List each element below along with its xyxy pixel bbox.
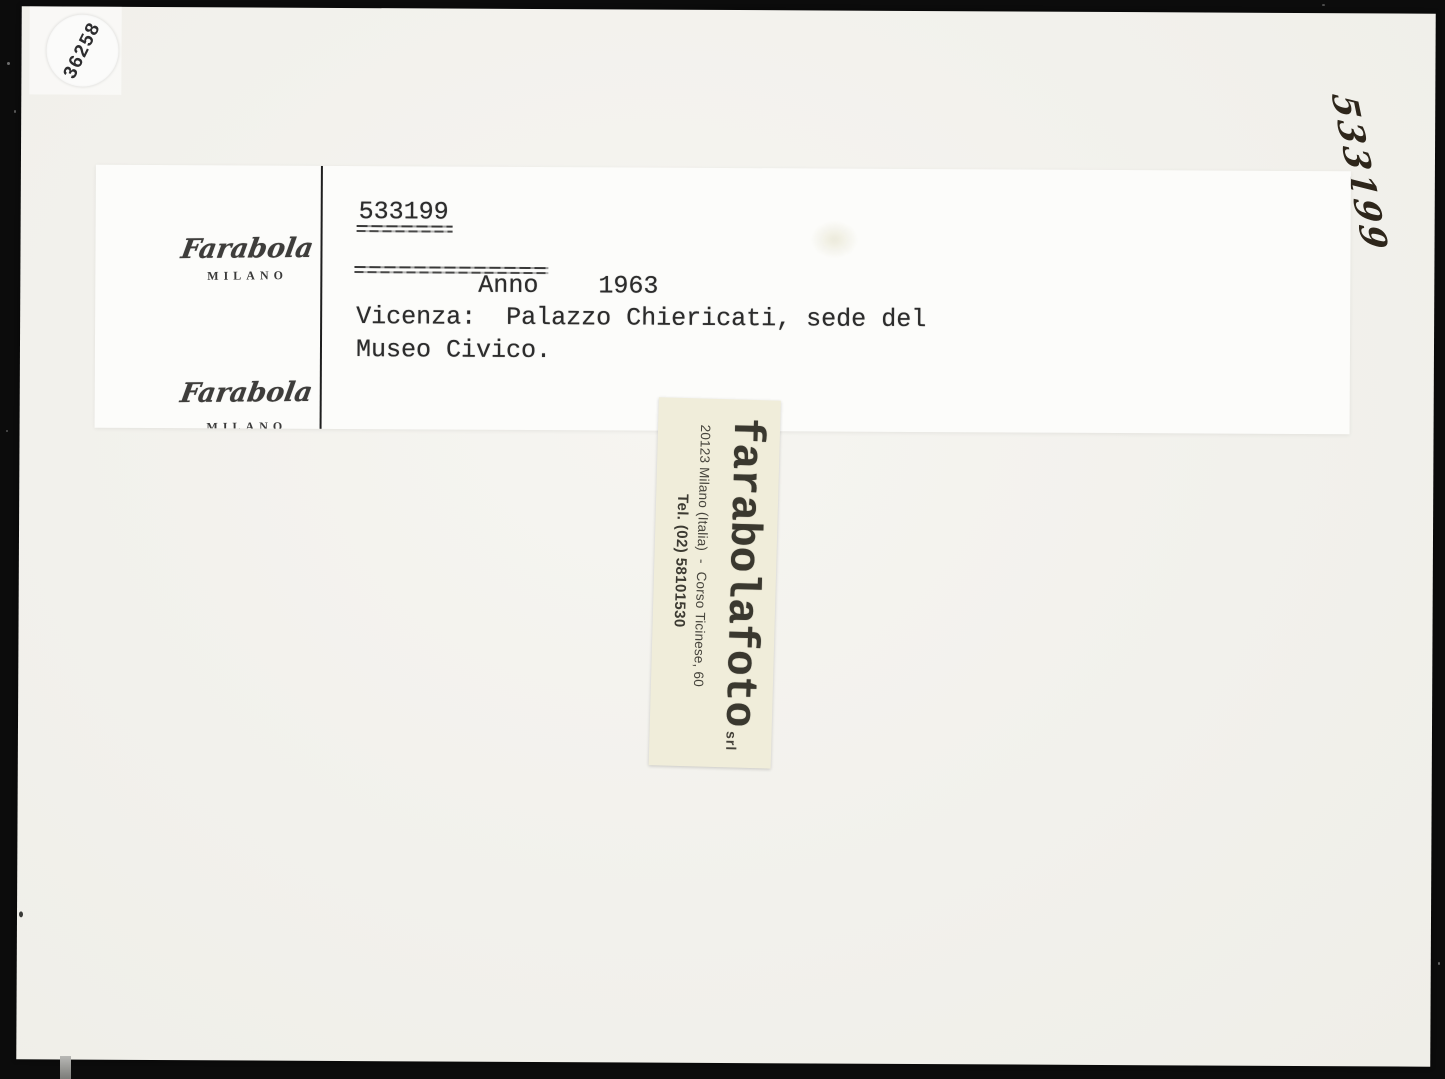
agency-stamp-top: Farabola MILANO <box>177 233 317 284</box>
photo-back-paper: 36258 533199 Farabola MILANO Farabola MI… <box>16 6 1435 1066</box>
scan-noise-speck <box>19 911 23 917</box>
agency-stamp-name: Farabola <box>178 377 315 410</box>
scan-edge-streak <box>60 1056 71 1079</box>
agency-stamp-name: Farabola <box>179 233 316 266</box>
scan-noise-speck <box>14 110 16 113</box>
agency-name: farabolafoto <box>714 417 772 728</box>
agency-stamp-city: MILANO <box>177 419 317 434</box>
agency-stamp-city: MILANO <box>178 268 318 284</box>
caption-line-1: Vicenza: Palazzo Chiericati, sede del <box>356 303 926 334</box>
scan-noise-speck <box>1322 4 1325 6</box>
caption-label: Farabola MILANO Farabola MILANO 533199 A… <box>95 165 1351 435</box>
reference-underline <box>357 225 453 233</box>
ink-ghost-smudge <box>810 220 858 258</box>
archive-number: 36258 <box>59 19 105 83</box>
year-value: 1963 <box>598 271 658 300</box>
caption-line-2: Museo Civico. <box>356 336 551 365</box>
typed-reference-number: 533199 <box>359 198 449 226</box>
scan-noise-speck <box>7 62 10 65</box>
year-label: Anno <box>478 271 538 300</box>
agency-phone: Tel. (02) 58101530 <box>666 494 692 766</box>
agency-title-row: farabolafotosrl <box>706 417 771 768</box>
year-underline <box>354 266 548 274</box>
label-divider-line <box>320 166 323 429</box>
farabolafoto-sticker: farabolafotosrl 20123 Milano (Italia) - … <box>649 397 781 768</box>
agency-legal-suffix: srl <box>723 731 740 752</box>
scan-noise-speck <box>6 430 8 432</box>
farabolafoto-sticker-content: farabolafotosrl 20123 Milano (Italia) - … <box>649 397 781 768</box>
archive-number-sticker: 36258 <box>46 14 118 86</box>
scan-noise-speck <box>1438 962 1440 965</box>
scanner-background: 36258 533199 Farabola MILANO Farabola MI… <box>0 0 1445 1079</box>
agency-stamp-bottom: Farabola MILANO <box>176 377 316 434</box>
